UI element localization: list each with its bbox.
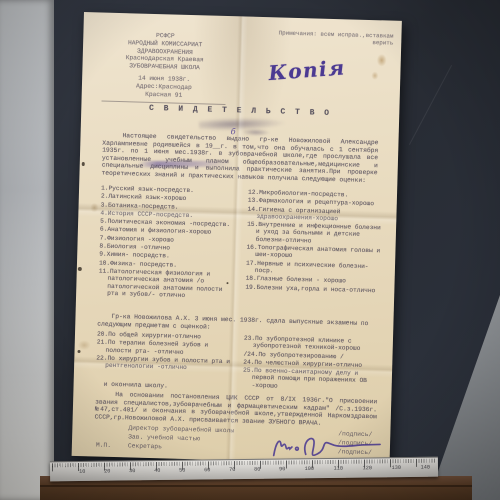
photo-scene: РСФСР НАРОДНЫЙ КОМИССАРИАТ ЗДРАВООХРАНЕН… [0,0,500,500]
exam-column-right: 23.По зубопротезной клинике с зубопротез… [243,335,381,394]
ruler-number: 90 [279,466,285,472]
ruler-number: 110 [333,466,343,472]
ruler-number: 140 [421,465,431,471]
paper-speck [77,350,80,353]
top-right-note: Примечания: всем исправ.,вставкам верить [229,28,393,47]
intro-paragraph: Настоящее свидетельство выдано гр-ке Нов… [101,132,378,185]
ruler-number: 120 [362,465,372,471]
paper-speck [226,282,228,284]
spacer [96,438,128,439]
ruler-number: 130 [392,465,402,471]
exam-grade-item: 22.По хирургии зубов и полости рта и рен… [96,354,233,372]
ruler-number: 10 [79,469,85,475]
grades-column-right: 12.Микробиология-посредств. 13.Фармаколо… [245,189,385,306]
certificate-document: РСФСР НАРОДНЫЙ КОМИССАРИАТ ЗДРАВООХРАНЕН… [72,12,402,465]
spacer [96,429,128,430]
ruler-number: 80 [254,467,260,473]
exam-grade-item: 25.По военно-санитарному делу и первой п… [243,367,381,393]
ruler-number: 100 [304,466,314,472]
ruler-number: 70 [229,467,235,473]
paper-speck [78,267,82,271]
ruler-number: 60 [204,467,210,473]
closing-line: и окончила школу. [104,381,168,390]
ruler-number: 40 [154,468,160,474]
subject-grade-item: 11.Патологическая физиология и патологич… [98,267,236,300]
letterhead: РСФСР НАРОДНЫЙ КОМИССАРИАТ ЗДРАВООХРАНЕН… [101,31,227,106]
seal-place-label: М.П. [96,441,128,451]
wood-groove [40,485,472,487]
background-left-surface [0,0,54,500]
ruler-number: 50 [179,468,185,474]
paper-speck [82,162,85,166]
grades-column-left: 1.Русский язык-посредств. 2.Латинский яз… [98,185,238,302]
subject-grade-item: 15.Внутренние и инфекционные болезни и у… [247,221,385,247]
ruler-number: 30 [129,468,135,474]
handwritten-copy-mark: Копія [268,55,347,85]
ruler-number: 20 [104,469,110,475]
grades-table: 1.Русский язык-посредств. 2.Латинский яз… [98,185,385,306]
